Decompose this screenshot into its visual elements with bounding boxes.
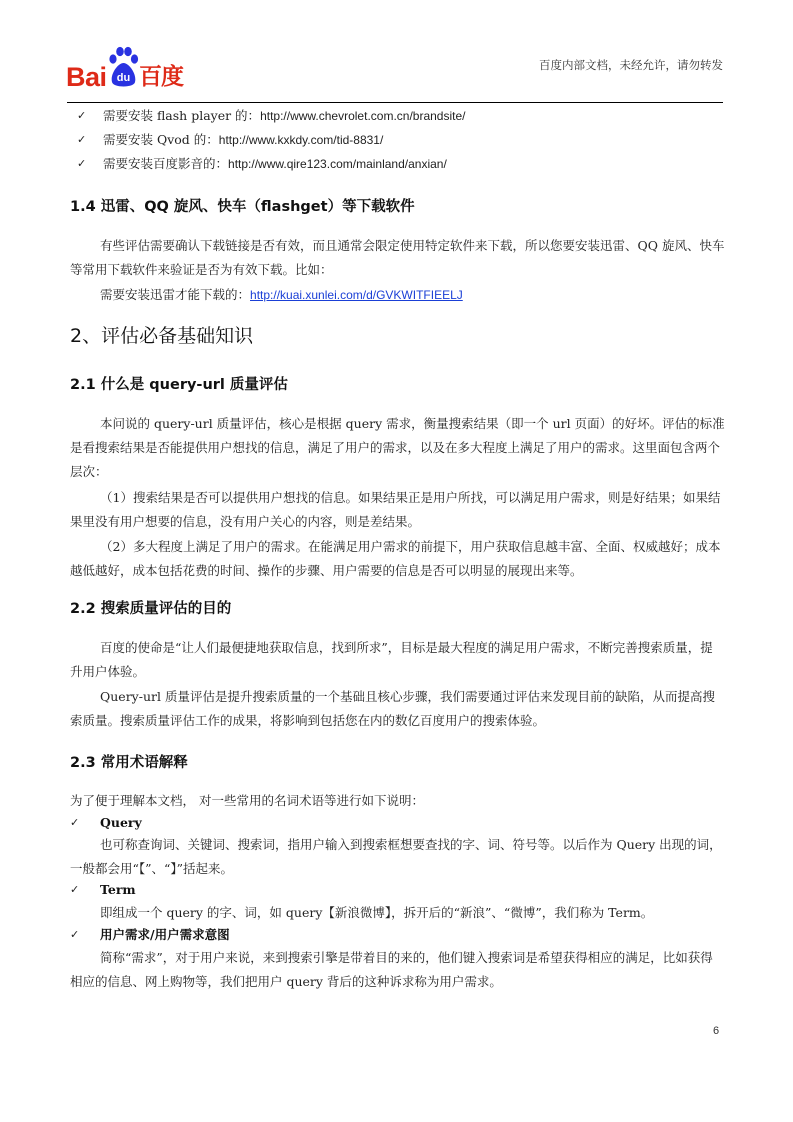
logo-chinese-text: 百度 <box>139 63 183 91</box>
list-item: ✓ 需要安装 flash player 的：http://www.chevrol… <box>103 105 466 127</box>
logo-latin-text: Bai <box>66 62 107 92</box>
check-icon: ✓ <box>70 812 79 834</box>
section-2-2-paragraph-1: 百度的使命是“让人们最便捷地获取信息，找到所求”，目标是最大程度的满足用户需求，… <box>70 636 725 684</box>
section-2-1-paragraph-2: （1）搜索结果是否可以提供用户想找的信息。如果结果正是用户所找，可以满足用户需求… <box>70 486 725 534</box>
url-text: http://www.chevrolet.com.cn/brandsite/ <box>260 109 465 123</box>
term-heading-term: ✓ Term <box>100 879 136 901</box>
list-item: ✓ 需要安装百度影音的：http://www.qire123.com/mainl… <box>103 153 447 175</box>
section-2-1-paragraph-3: （2）多大程度上满足了用户的需求。在能满足用户需求的前提下，用户获取信息越丰富、… <box>70 535 725 583</box>
svg-text:du: du <box>117 72 130 84</box>
baidu-logo: Bai du 百度 <box>66 46 186 92</box>
chapter-heading-2: 2、评估必备基础知识 <box>70 322 253 350</box>
section-heading-2-1: 2.1 什么是 query-url 质量评估 <box>70 374 288 396</box>
term-heading-user-need: ✓ 用户需求/用户需求意图 <box>100 924 230 946</box>
check-icon: ✓ <box>77 105 86 127</box>
section-2-3-intro: 为了便于理解本文档， 对一些常用的名词术语等进行如下说明： <box>70 789 725 813</box>
term-description-user-need: 简称“需求”，对于用户来说，来到搜索引擎是带着目的来的，他们键入搜索词是希望获得… <box>70 946 725 994</box>
section-heading-2-2: 2.2 搜索质量评估的目的 <box>70 598 231 620</box>
list-item: ✓ 需要安装 Qvod 的：http://www.kxkdy.com/tid-8… <box>103 129 383 151</box>
xunlei-download-link[interactable]: http://kuai.xunlei.com/d/GVKWITFIEELJ <box>250 288 463 302</box>
term-description-query: 也可称查询词、关键词、搜索词，指用户输入到搜索框想要查找的字、词、符号等。以后作… <box>70 833 725 881</box>
url-text: http://www.kxkdy.com/tid-8831/ <box>219 133 384 147</box>
check-icon: ✓ <box>70 879 79 901</box>
section-2-2-paragraph-2: Query-url 质量评估是提升搜索质量的一个基础且核心步骤，我们需要通过评估… <box>70 685 725 733</box>
check-icon: ✓ <box>70 924 79 946</box>
header-divider <box>67 102 723 103</box>
section-heading-1-4: 1.4 迅雷、QQ 旋风、快车（flashget）等下载软件 <box>70 196 415 218</box>
section-heading-2-3: 2.3 常用术语解释 <box>70 752 188 774</box>
paw-icon: du <box>106 46 140 90</box>
document-page: Bai du 百度 百度内部文档，未经允许，请勿转发 ✓ 需要安装 flash … <box>0 0 793 1122</box>
section-1-4-example: 需要安装迅雷才能下载的：http://kuai.xunlei.com/d/GVK… <box>70 283 725 307</box>
page-number: 6 <box>713 1025 719 1037</box>
section-1-4-paragraph: 有些评估需要确认下载链接是否有效，而且通常会限定使用特定软件来下载，所以您要安装… <box>70 234 725 282</box>
check-icon: ✓ <box>77 153 86 175</box>
term-heading-query: ✓ Query <box>100 812 142 834</box>
term-description-term: 即组成一个 query 的字、词，如 query【新浪微博】，拆开后的“新浪”、… <box>70 901 725 925</box>
check-icon: ✓ <box>77 129 86 151</box>
url-text: http://www.qire123.com/mainland/anxian/ <box>228 157 447 171</box>
confidential-notice: 百度内部文档，未经允许，请勿转发 <box>539 57 723 73</box>
section-2-1-paragraph-1: 本问说的 query-url 质量评估，核心是根据 query 需求，衡量搜索结… <box>70 412 725 484</box>
